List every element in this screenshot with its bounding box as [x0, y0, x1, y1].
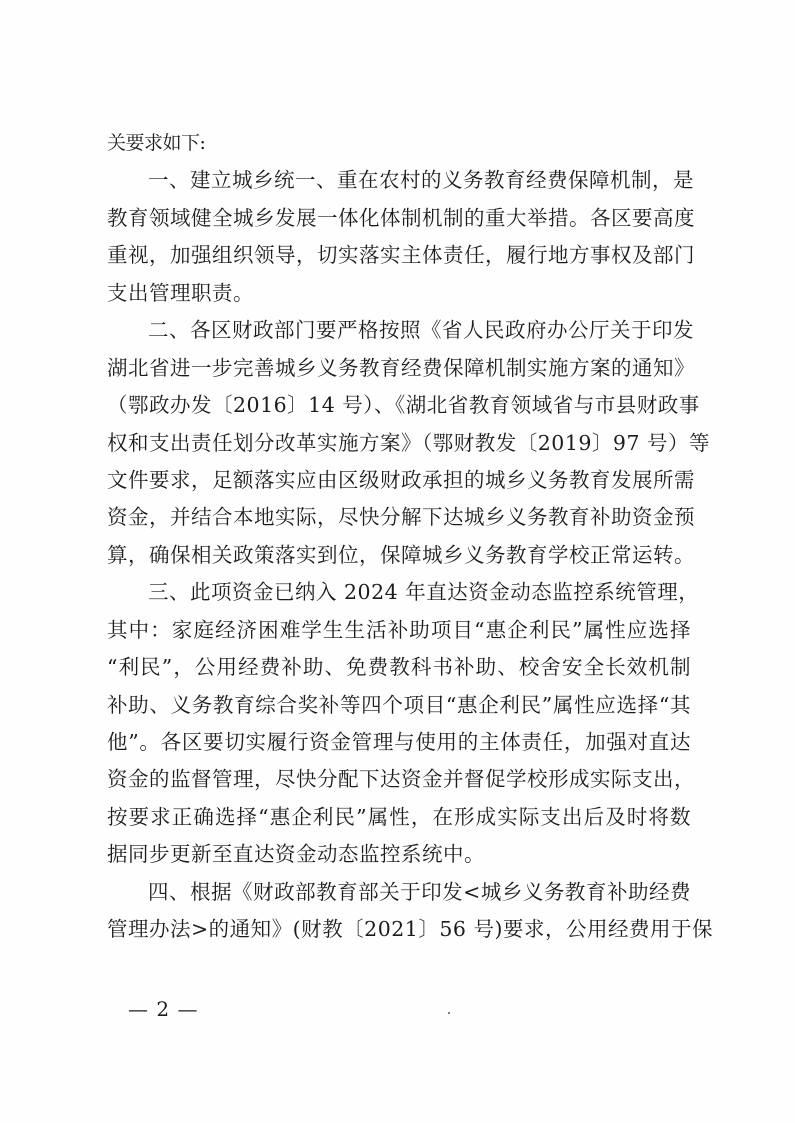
- section-3-line: 据同步更新至直达资金动态监控系统中。: [107, 836, 691, 873]
- document-page: 关要求如下: 一、建立城乡统一、重在农村的义务教育经费保障机制，是 教育领域健全…: [0, 0, 795, 1123]
- section-3-line: 按要求正确选择“惠企利民”属性，在形成实际支出后及时将数: [107, 799, 691, 836]
- section-3-line: 资金的监督管理，尽快分配下达资金并督促学校形成实际支出，: [107, 761, 691, 798]
- scan-speck: [448, 1012, 450, 1014]
- page-number: — 2 —: [128, 997, 198, 1021]
- section-2-line: 湖北省进一步完善城乡义务教育经费保障机制实施方案的通知》: [107, 350, 691, 387]
- section-2-line: 文件要求，足额落实应由区级财政承担的城乡义务教育发展所需: [107, 462, 691, 499]
- section-1-line: 一、建立城乡统一、重在农村的义务教育经费保障机制，是: [107, 162, 691, 199]
- section-4-line: 四、根据《财政部教育部关于印发<城乡义务教育补助经费: [107, 874, 691, 911]
- section-3-line: 补助、义务教育综合奖补等四个项目“惠企利民”属性应选择“其: [107, 687, 691, 724]
- section-2-line: 算，确保相关政策落实到位，保障城乡义务教育学校正常运转。: [107, 537, 691, 574]
- section-3-line: “利民”，公用经费补助、免费教科书补助、校舍安全长效机制: [107, 649, 691, 686]
- section-2-line: 权和支出责任划分改革实施方案》（鄂财教发〔2019〕97 号）等: [107, 425, 691, 462]
- section-1-line: 教育领域健全城乡发展一体化体制机制的重大举措。各区要高度: [107, 200, 691, 237]
- section-4-line: 管理办法>的通知》(财教〔2021〕56 号)要求，公用经费用于保: [107, 911, 691, 948]
- section-1-line: 重视，加强组织领导，切实落实主体责任，履行地方事权及部门: [107, 237, 691, 274]
- document-body: 关要求如下: 一、建立城乡统一、重在农村的义务教育经费保障机制，是 教育领域健全…: [107, 125, 691, 949]
- section-3-line: 其中：家庭经济困难学生生活补助项目“惠企利民”属性应选择: [107, 612, 691, 649]
- section-3-line: 三、此项资金已纳入 2024 年直达资金动态监控系统管理，: [107, 574, 691, 611]
- section-1-line: 支出管理职责。: [107, 275, 691, 312]
- section-2-line: （鄂政办发〔2016〕14 号）、《湖北省教育领域省与市县财政事: [107, 387, 691, 424]
- section-2-line: 资金，并结合本地实际，尽快分解下达城乡义务教育补助资金预: [107, 499, 691, 536]
- section-2-line: 二、各区财政部门要严格按照《省人民政府办公厅关于印发: [107, 312, 691, 349]
- section-3-line: 他”。各区要切实履行资金管理与使用的主体责任，加强对直达: [107, 724, 691, 761]
- paragraph-intro-line: 关要求如下:: [107, 125, 691, 162]
